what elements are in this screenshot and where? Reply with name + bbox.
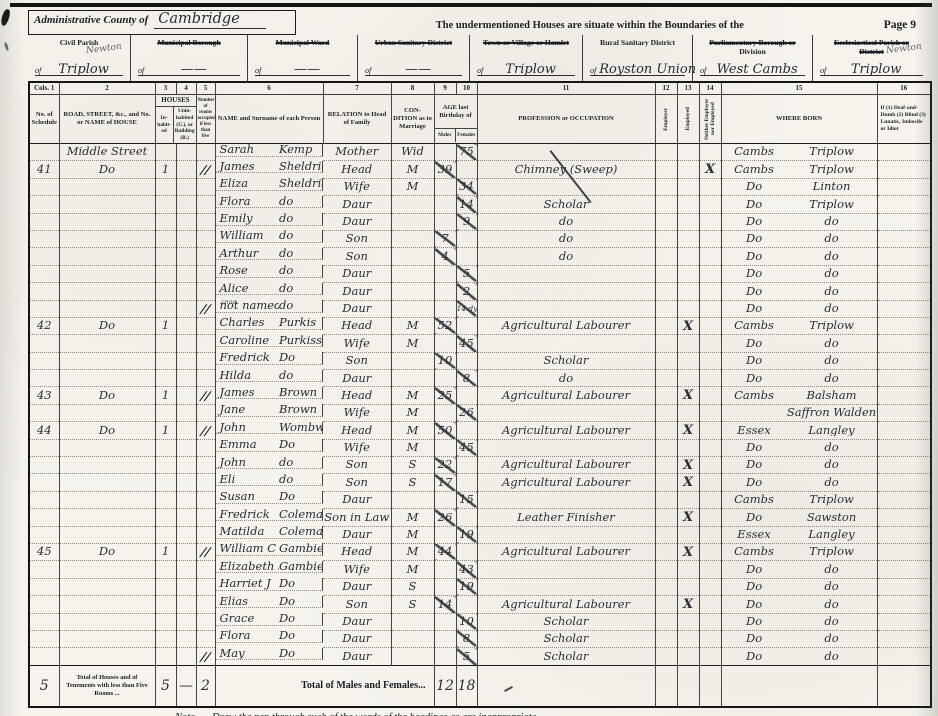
born-cell: Dodo	[721, 648, 877, 665]
table-row: MatildaColemanDaurM19EssexLangley	[29, 526, 931, 543]
table-row: 41Do1//JamesSheldrickHeadM39Chimney (Swe…	[29, 161, 931, 178]
uninhabited-cell	[176, 509, 196, 526]
age-female-cell	[456, 422, 477, 439]
inhabited-cell	[155, 439, 176, 456]
road-cell	[59, 491, 155, 508]
age-male-cell: 14	[434, 596, 456, 613]
county-header-row: Administrative County of Cambridge The u…	[28, 9, 930, 35]
schedule-cell	[29, 352, 59, 369]
age-female-cell: 19	[456, 526, 477, 543]
column-number: 11	[477, 82, 655, 95]
rooms-mark-cell	[194, 178, 217, 195]
col-header-rooms: Number of rooms occupied if less than fi…	[196, 95, 215, 144]
neither-cell	[699, 144, 721, 161]
occupation-cell: Agricultural Labourer	[477, 474, 655, 491]
admin-county-label: Administrative County of	[34, 14, 148, 26]
born-place: do	[787, 442, 877, 454]
born-place: do	[787, 651, 877, 663]
neither-cell	[699, 404, 721, 421]
infirmity-cell	[877, 178, 931, 195]
born-place: Sawston	[787, 512, 877, 524]
road-cell	[59, 561, 155, 578]
schedule-cell	[29, 457, 59, 474]
rooms-mark-cell	[194, 613, 217, 630]
name-cell: MayDo	[216, 648, 324, 661]
column-number: 2	[59, 82, 155, 95]
age-female-cell: 15	[456, 491, 477, 508]
age-female-cell: 9	[456, 213, 477, 230]
employed-cell: X	[677, 509, 699, 526]
neither-cell	[699, 543, 721, 560]
table-row: ArthurdoSon4doDodo	[29, 248, 931, 265]
person-surname: do	[279, 457, 322, 469]
person-surname: Coleman	[279, 509, 322, 521]
relation-cell: Head	[323, 317, 391, 334]
employed-cell	[677, 300, 699, 317]
relation-cell: Wife	[323, 439, 391, 456]
employer-cell	[655, 439, 677, 456]
uninhabited-cell	[176, 404, 196, 421]
infirmity-cell	[877, 526, 931, 543]
infirmity-cell	[877, 300, 931, 317]
road-cell	[59, 648, 155, 665]
col-header-uninhabited: Unin-habited (U.), or Building (B.)	[174, 107, 196, 143]
employer-cell	[655, 596, 677, 613]
table-row: 44Do1//JohnWombwellHeadM50Agricultural L…	[29, 422, 931, 439]
infirmity-cell	[877, 387, 931, 404]
employer-cell	[655, 230, 677, 247]
relation-cell: Wife	[323, 335, 391, 352]
born-cell: Dodo	[721, 283, 877, 300]
condition-cell: M	[391, 439, 434, 456]
rooms-mark-cell: //	[194, 422, 217, 439]
schedule-cell	[29, 630, 59, 647]
person-given-name: Hilda	[216, 370, 279, 382]
person-given-name: Elizabeth S	[216, 561, 279, 573]
name-cell: FredrickColeman	[216, 509, 324, 522]
born-place: do	[787, 355, 877, 367]
schedule-cell	[29, 613, 59, 630]
occupation-cell: Agricultural Labourer	[477, 422, 655, 439]
road-cell	[59, 178, 155, 195]
relation-cell: Daur	[323, 578, 391, 595]
employed-cell	[677, 283, 699, 300]
schedule-cell	[29, 526, 59, 543]
table-row: ElizaSheldrickWifeM34DoLinton	[29, 178, 931, 195]
table-row: EmmaDoWifeM45Dodo	[29, 439, 931, 456]
name-cell: Florado	[216, 196, 324, 209]
age-male-cell: 7	[434, 230, 456, 247]
schedule-cell: 42	[29, 317, 59, 334]
person-surname: do	[279, 283, 322, 295]
table-row: JohndoSonS22Agricultural LabourerXDodo	[29, 457, 931, 474]
district-value: West Cambs	[709, 63, 805, 76]
age-female-cell: 45	[456, 335, 477, 352]
page-number: Page 9	[884, 19, 930, 35]
born-county: Cambs	[722, 164, 787, 176]
infirmity-cell	[877, 283, 931, 300]
totals-males-females-label: Total of Males and Females...	[215, 665, 434, 707]
road-cell	[59, 230, 155, 247]
rooms-mark-cell: //	[194, 648, 217, 665]
employer-cell	[655, 248, 677, 265]
schedule-cell	[29, 439, 59, 456]
age-female-cell: 5	[456, 265, 477, 282]
of-label: of	[477, 66, 483, 75]
born-place: Triplow	[787, 546, 877, 558]
infirmity-cell	[877, 213, 931, 230]
condition-cell	[391, 283, 434, 300]
born-place: do	[787, 564, 877, 576]
uninhabited-cell	[176, 630, 196, 647]
occupation-cell: do	[477, 370, 655, 387]
person-surname: Gambie	[279, 561, 322, 573]
inhabited-cell: 1	[155, 387, 176, 404]
rooms-mark-cell	[194, 526, 217, 543]
relation-cell: Daur	[323, 265, 391, 282]
infirmity-cell	[877, 265, 931, 282]
totals-inhabited: 5	[155, 665, 176, 707]
employed-cell	[677, 370, 699, 387]
person-given-name: James	[216, 161, 279, 173]
name-cell: Elido	[216, 474, 324, 487]
employed-cell: X	[677, 422, 699, 439]
born-place: Triplow	[787, 146, 877, 158]
inhabited-cell	[155, 596, 176, 613]
neither-cell	[699, 457, 721, 474]
born-county: Do	[722, 355, 787, 367]
district-box: Ecclesiastical Parish orDistrictNewtonof…	[813, 35, 930, 81]
condition-cell	[391, 265, 434, 282]
born-place: Saffron Walden	[787, 407, 877, 419]
person-surname: Wombwell	[279, 422, 322, 434]
relation-cell: Son in Law	[323, 509, 391, 526]
born-cell: EssexLangley	[721, 526, 877, 543]
schedule-cell	[29, 578, 59, 595]
totals-row: 5 Total of Houses and of Tenements with …	[29, 665, 931, 707]
employed-cell	[677, 248, 699, 265]
born-cell: Dodo	[721, 335, 877, 352]
rooms-mark-cell: //	[194, 543, 217, 560]
condition-cell: M	[391, 561, 434, 578]
occupation-cell: Agricultural Labourer	[477, 387, 655, 404]
infirmity-cell	[877, 370, 931, 387]
rooms-mark-cell	[194, 230, 217, 247]
col-header-neither: Neither Employer nor Employed	[699, 95, 721, 144]
relation-cell: Daur	[323, 526, 391, 543]
born-county: Do	[722, 564, 787, 576]
employer-cell	[655, 178, 677, 195]
employed-cell: X	[677, 543, 699, 560]
name-cell: EmmaDo	[216, 439, 324, 452]
born-county: Do	[722, 181, 787, 193]
person-surname: do	[279, 248, 322, 260]
condition-cell: M	[391, 387, 434, 404]
census-table: Cols. 12345678910111213141516 No. of Sch…	[28, 81, 932, 708]
name-cell: JamesBrown	[216, 387, 324, 400]
born-place: do	[787, 459, 877, 471]
employer-cell	[655, 578, 677, 595]
occupation-cell	[477, 491, 655, 508]
employed-cell	[677, 578, 699, 595]
born-cell: Dodo	[721, 474, 877, 491]
person-given-name: Flora	[216, 196, 279, 208]
ink-blot	[0, 8, 11, 26]
born-cell: Dodo	[721, 561, 877, 578]
employed-cell: X	[677, 387, 699, 404]
district-value: Triplow	[44, 63, 123, 76]
totals-employed-cell	[677, 665, 699, 707]
occupation-cell: do	[477, 230, 655, 247]
born-place: Triplow	[787, 164, 877, 176]
rooms-mark-cell	[194, 144, 217, 161]
infirmity-cell	[877, 457, 931, 474]
uninhabited-cell	[176, 144, 196, 161]
table-row: Elizabeth SGambieWifeM43Dodo	[29, 561, 931, 578]
born-place: do	[787, 303, 877, 315]
employer-cell	[655, 491, 677, 508]
employer-cell	[655, 161, 677, 178]
table-row: 43Do1//JamesBrownHeadM25Agricultural Lab…	[29, 387, 931, 404]
name-cell: FredrickDo	[216, 352, 324, 365]
condition-cell: M	[391, 335, 434, 352]
relation-cell: Wife	[323, 561, 391, 578]
age-male-cell: 26	[434, 509, 456, 526]
col-header-males: Males	[437, 131, 452, 140]
born-county: Do	[722, 581, 787, 593]
neither-cell	[699, 317, 721, 334]
ink-blot	[4, 42, 10, 51]
table-row: FloraDoDaur8ScholarDodo	[29, 630, 931, 647]
age-male-cell	[434, 283, 456, 300]
of-label: of	[820, 66, 826, 75]
born-cell: Dodo	[721, 370, 877, 387]
person-given-name: Grace	[216, 613, 279, 625]
born-county: Do	[722, 651, 787, 663]
employed-cell	[677, 561, 699, 578]
person-given-name: Caroline	[216, 335, 279, 347]
born-cell: CambsBalsham	[721, 387, 877, 404]
relation-cell: Head	[323, 543, 391, 560]
neither-cell	[699, 439, 721, 456]
occupation-cell	[477, 404, 655, 421]
inhabited-cell	[155, 144, 176, 161]
district-value: ——	[147, 63, 240, 76]
col-header-employed: Employed	[677, 95, 699, 144]
road-cell	[59, 613, 155, 630]
age-female-cell: 14	[456, 196, 477, 213]
schedule-cell	[29, 196, 59, 213]
inhabited-cell	[155, 613, 176, 630]
neither-cell	[699, 265, 721, 282]
age-male-cell	[434, 213, 456, 230]
schedule-cell	[29, 335, 59, 352]
age-male-cell	[434, 648, 456, 665]
uninhabited-cell	[176, 213, 196, 230]
uninhabited-cell	[176, 491, 196, 508]
person-surname: Do	[279, 578, 322, 590]
employer-cell	[655, 457, 677, 474]
col-header-relation: RELATION to Head of Family	[323, 95, 391, 144]
employed-cell	[677, 491, 699, 508]
inhabited-cell: 1	[155, 422, 176, 439]
person-surname: do	[279, 230, 322, 242]
condition-cell: M	[391, 422, 434, 439]
table-row: EliasDoSonS14Agricultural LabourerXDodo	[29, 596, 931, 613]
schedule-cell	[29, 648, 59, 665]
rooms-mark-cell: //	[194, 300, 217, 317]
road-cell	[59, 439, 155, 456]
age-female-cell: 5	[456, 648, 477, 665]
district-label: Municipal Ward	[248, 38, 357, 47]
born-cell: Dodo	[721, 248, 877, 265]
age-male-cell	[434, 196, 456, 213]
inhabited-cell	[155, 648, 176, 665]
person-given-name: Emily	[216, 213, 279, 225]
born-county: Essex	[722, 425, 787, 437]
road-cell	[59, 283, 155, 300]
footnote: Note. — Draw the pen through such of the…	[175, 712, 938, 716]
inhabited-cell	[155, 491, 176, 508]
age-male-cell: 10	[434, 352, 456, 369]
census-page: Administrative County of Cambridge The u…	[0, 0, 938, 716]
district-value: Royston Union	[599, 63, 696, 76]
road-cell: Do	[59, 543, 155, 560]
uninhabited-cell	[176, 283, 196, 300]
inhabited-cell	[155, 561, 176, 578]
district-label: Urban Sanitary District	[358, 38, 469, 47]
condition-cell: S	[391, 596, 434, 613]
district-box: Municipal Wardof——	[248, 35, 358, 81]
neither-cell	[699, 283, 721, 300]
infirmity-cell	[877, 317, 931, 334]
born-place: do	[787, 477, 877, 489]
road-cell: Do	[59, 317, 155, 334]
uninhabited-cell	[176, 561, 196, 578]
column-numbers-row: Cols. 12345678910111213141516	[29, 82, 931, 95]
infirmity-cell	[877, 613, 931, 630]
relation-cell: Son	[323, 457, 391, 474]
employer-cell	[655, 196, 677, 213]
col-header-houses: HOUSES In-habit-ed Unin-habited (U.), or…	[155, 95, 196, 144]
infirmity-cell	[877, 422, 931, 439]
name-note: child	[222, 300, 237, 306]
column-number: 16	[877, 82, 931, 95]
born-county: Do	[722, 216, 787, 228]
district-box: Municipal Boroughof——	[131, 35, 248, 81]
age-female-cell: 75	[456, 144, 477, 161]
schedule-cell	[29, 596, 59, 613]
person-surname: Do	[279, 596, 322, 608]
relation-cell: Daur	[323, 213, 391, 230]
born-county: Do	[722, 373, 787, 385]
born-place: do	[787, 338, 877, 350]
rooms-mark-cell	[194, 596, 217, 613]
employer-cell	[655, 283, 677, 300]
rooms-mark-cell	[194, 248, 217, 265]
born-county: Do	[722, 477, 787, 489]
occupation-cell: Scholar	[477, 630, 655, 647]
born-county: Do	[722, 599, 787, 611]
born-cell: Dodo	[721, 300, 877, 317]
road-cell: Middle Street	[59, 144, 155, 161]
infirmity-cell	[877, 248, 931, 265]
employer-cell	[655, 404, 677, 421]
person-given-name: Rose	[216, 265, 279, 277]
infirmity-cell	[877, 352, 931, 369]
rooms-mark-cell: //	[194, 161, 217, 178]
uninhabited-cell	[176, 422, 196, 439]
neither-cell	[699, 370, 721, 387]
age-female-cell: 14 dys	[456, 300, 477, 317]
uninhabited-cell	[176, 161, 196, 178]
relation-cell: Mother	[323, 144, 391, 161]
infirmity-cell	[877, 561, 931, 578]
person-surname: Sheldrick	[279, 178, 322, 190]
uninhabited-cell	[176, 370, 196, 387]
age-male-cell	[434, 561, 456, 578]
pen-mark	[504, 686, 513, 692]
table-row: 42Do1CharlesPurkisHeadM52Agricultural La…	[29, 317, 931, 334]
person-given-name: John	[216, 457, 279, 469]
district-box: Town or Village or HamletofTriplow	[470, 35, 583, 81]
born-cell: DoTriplow	[721, 196, 877, 213]
infirmity-cell	[877, 491, 931, 508]
table-row: ElidoSonS17Agricultural LabourerXDodo	[29, 474, 931, 491]
person-surname: Do	[279, 491, 322, 503]
condition-cell: S	[391, 457, 434, 474]
condition-cell: M	[391, 178, 434, 195]
name-cell: JamesSheldrick	[216, 161, 324, 174]
rooms-mark-cell	[194, 509, 217, 526]
occupation-cell	[477, 578, 655, 595]
born-county: Do	[722, 616, 787, 628]
table-row: //childnot nameddoDaur14 dysDodo	[29, 300, 931, 317]
col-header-inhabited: In-habit-ed	[156, 114, 173, 136]
occupation-cell	[477, 439, 655, 456]
born-place: Langley	[787, 425, 877, 437]
schedule-cell	[29, 474, 59, 491]
uninhabited-cell	[176, 526, 196, 543]
rooms-mark-cell	[194, 578, 217, 595]
condition-cell: M	[391, 317, 434, 334]
employer-cell	[655, 613, 677, 630]
employer-cell	[655, 335, 677, 352]
totals-schedule-mark: 5	[29, 665, 59, 707]
uninhabited-cell	[176, 613, 196, 630]
inhabited-cell	[155, 630, 176, 647]
employed-cell	[677, 613, 699, 630]
road-cell	[59, 630, 155, 647]
col-header-road: ROAD, STREET, &c., and No. or NAME of HO…	[59, 95, 155, 144]
person-given-name: James	[216, 387, 279, 399]
person-given-name: Emma	[216, 439, 279, 451]
inhabited-cell	[155, 457, 176, 474]
col-header-occupation: PROFESSION or OCCUPATION	[477, 95, 655, 144]
infirmity-cell	[877, 404, 931, 421]
condition-cell	[391, 630, 434, 647]
occupation-cell	[477, 335, 655, 352]
age-female-cell: 43	[456, 561, 477, 578]
rooms-mark-cell	[194, 213, 217, 230]
column-labels-row: No. of Schedule ROAD, STREET, &c., and N…	[29, 95, 931, 144]
age-female-cell	[456, 596, 477, 613]
age-male-cell	[434, 526, 456, 543]
born-cell: Dodo	[721, 352, 877, 369]
inhabited-cell: 1	[155, 317, 176, 334]
neither-cell	[699, 196, 721, 213]
person-given-name: Eliza	[216, 178, 279, 190]
